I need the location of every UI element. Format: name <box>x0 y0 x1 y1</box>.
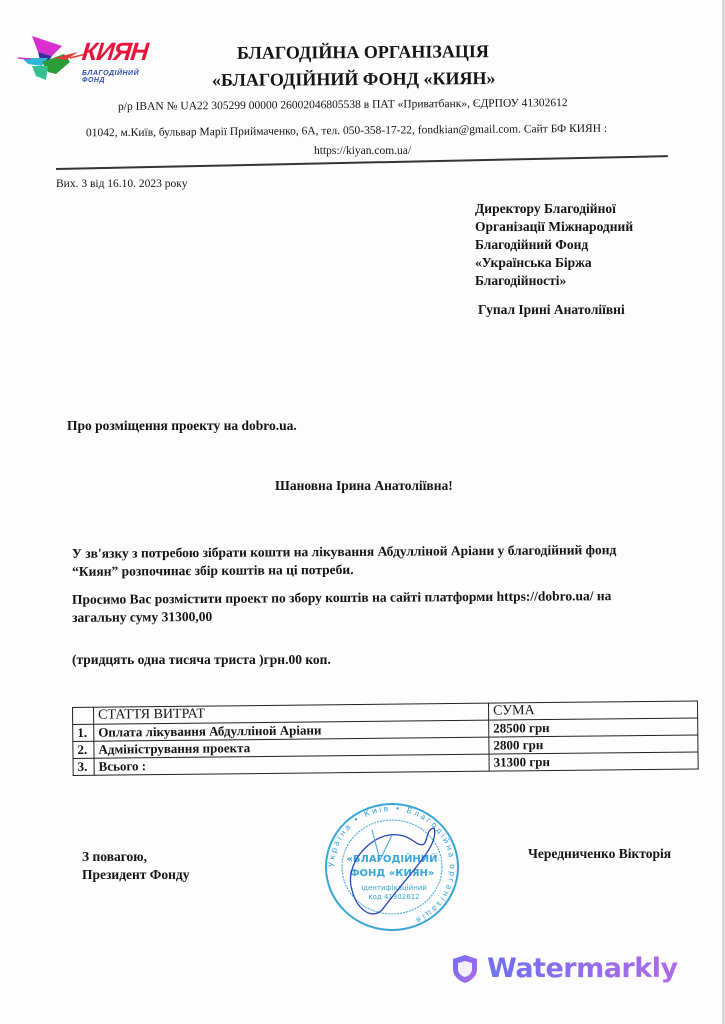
body-paragraph-2: Просимо Вас розмістити проект по збору к… <box>72 587 612 627</box>
logo-bird-icon <box>18 32 88 87</box>
org-title-line1: БЛАГОДІЙНА ОРГАНІЗАЦІЯ <box>237 41 489 64</box>
watermark: Watermarkly <box>451 953 678 984</box>
watermark-text: Watermarkly <box>487 953 678 984</box>
paragraph-line: Просимо Вас розмістити проект по збору к… <box>72 587 612 609</box>
paragraph-line: У зв'язку з потребою зібрати кошти на лі… <box>72 541 617 563</box>
letterhead-divider <box>56 155 668 169</box>
addressee-line: Благодійності» <box>475 272 633 290</box>
document-page: КИЯН БЛАГОДІЙНИЙ ФОНД БЛАГОДІЙНА ОРГАНІЗ… <box>0 0 725 1024</box>
closing-block: З повагою, Президент Фонду <box>82 848 190 884</box>
shield-icon <box>451 954 479 984</box>
row-num: 3. <box>73 758 94 775</box>
closing-greeting: З повагою, <box>82 848 190 866</box>
official-stamp-icon: Україна • Київ • Благодійна організація … <box>322 800 462 935</box>
addressee-block: Директору Благодійної Організації Міжнар… <box>475 200 633 290</box>
row-item: Всього : <box>94 754 489 775</box>
outgoing-number: Вих. 3 від 16.10. 2023 року <box>56 178 187 190</box>
row-sum: 2800 грн <box>489 735 698 754</box>
body-paragraph-1: У зв'язку з потребою зібрати кошти на лі… <box>72 541 617 581</box>
logo-wordmark: КИЯН <box>80 38 149 67</box>
header-num-cell <box>73 707 94 724</box>
svg-text:Ідентифікаційний: Ідентифікаційний <box>361 884 427 892</box>
contact-address: 01042, м.Київ, бульвар Марії Приймаченко… <box>86 123 607 140</box>
header-sum-cell: СУМА <box>488 701 697 720</box>
addressee-name: Гупал Ірині Анатоліївні <box>478 302 625 318</box>
kiyan-logo: КИЯН БЛАГОДІЙНИЙ ФОНД <box>18 32 163 87</box>
addressee-line: «Українська Біржа <box>475 254 633 272</box>
addressee-line: Благодійний Фонд <box>475 236 633 254</box>
logo-subtitle: БЛАГОДІЙНИЙ ФОНД <box>82 70 163 84</box>
signer-name: Чередниченко Вікторія <box>528 846 671 862</box>
bank-requisites: р/р IBAN № UA22 305299 00000 26002046805… <box>118 97 568 113</box>
row-sum: 31300 грн <box>489 752 698 771</box>
website-link: https://kiyan.com.ua/ <box>314 145 411 157</box>
row-num: 1. <box>73 724 94 741</box>
budget-table: СТАТТЯ ВИТРАТ СУМА 1. Оплата лікування А… <box>72 700 699 776</box>
paragraph-line: “Киян” розпочинає збір коштів на ці потр… <box>72 559 617 581</box>
salutation: Шановна Ірина Анатоліївна! <box>275 478 453 494</box>
org-title-line2: «БЛАГОДІЙНИЙ ФОНД «КИЯН» <box>212 68 496 91</box>
letter-subject: Про розміщення проекту на dobro.ua. <box>67 418 297 434</box>
signer-title: Президент Фонду <box>82 866 190 884</box>
svg-text:ФОНД «КИЯН»: ФОНД «КИЯН» <box>350 868 435 879</box>
paragraph-line: загальну суму 31300,00 <box>72 605 612 627</box>
row-sum: 28500 грн <box>489 718 698 737</box>
amount-in-words: (тридцять одна тисяча триста )грн.00 коп… <box>72 651 331 669</box>
addressee-line: Організації Міжнародний <box>475 218 633 236</box>
row-num: 2. <box>73 741 94 758</box>
addressee-line: Директору Благодійної <box>475 200 633 218</box>
